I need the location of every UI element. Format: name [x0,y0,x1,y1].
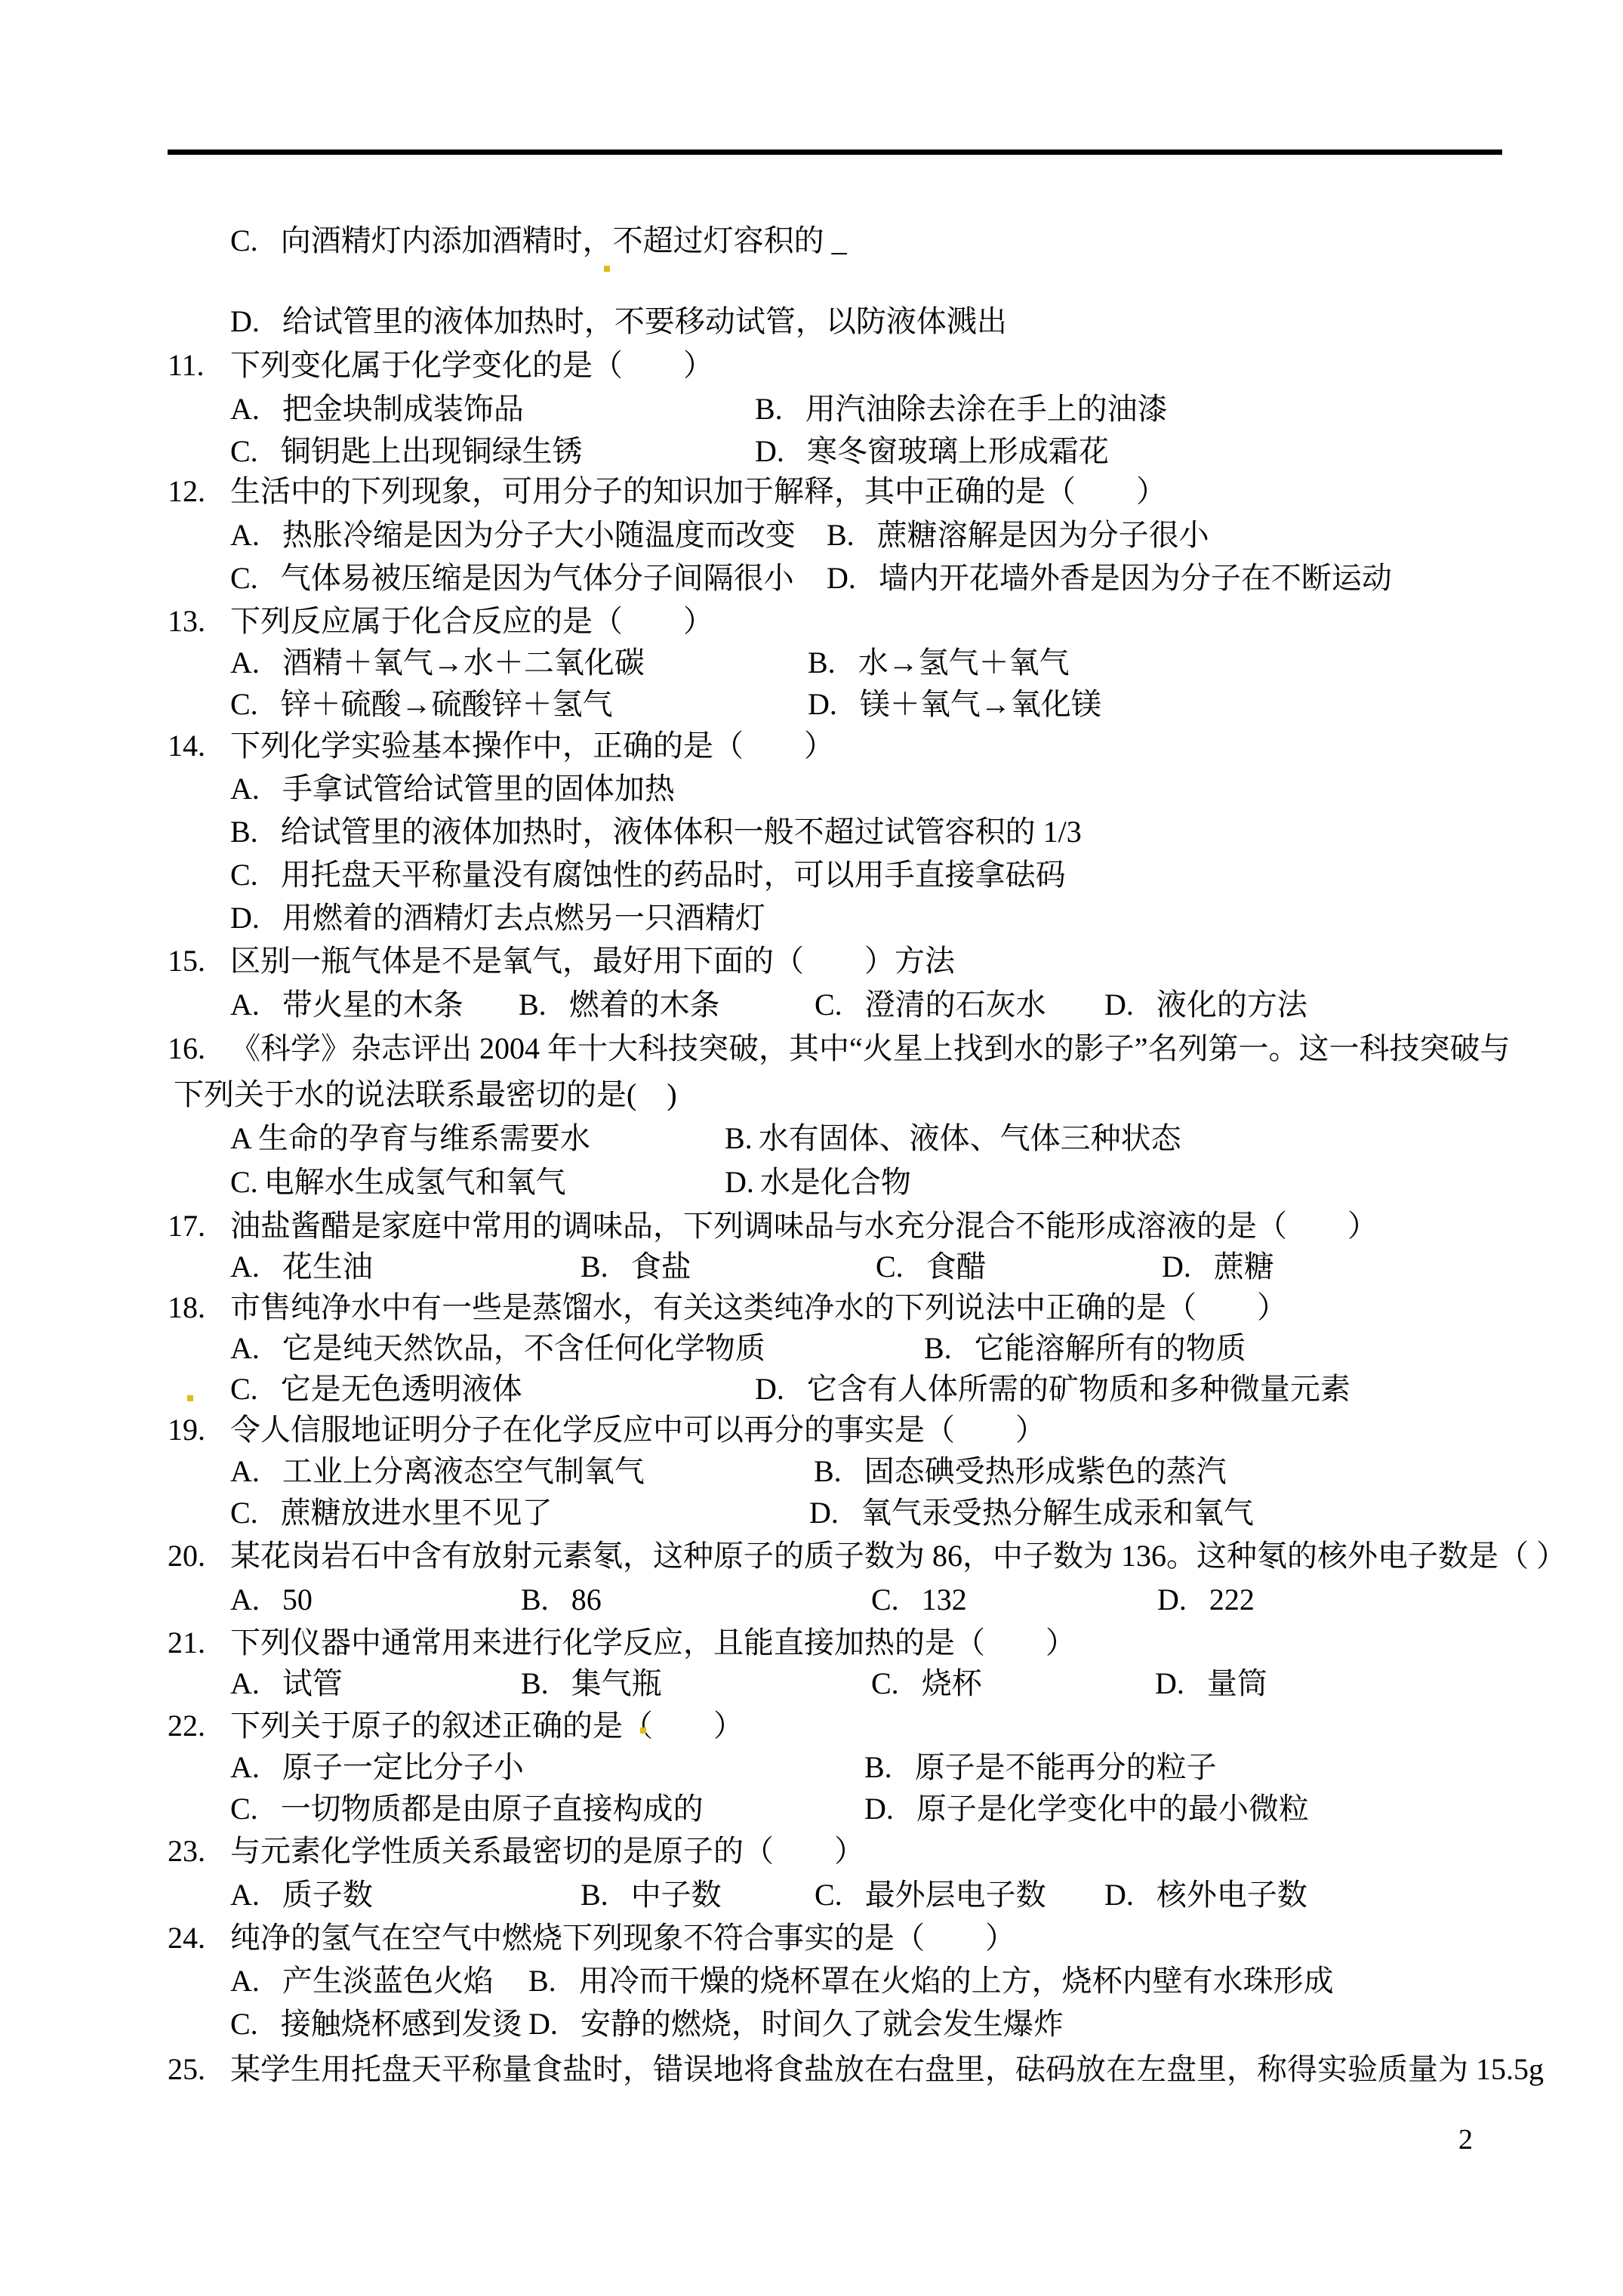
question-number: 12. [168,472,205,511]
option-text: 安静的燃烧，时间久了就会发生爆炸 [581,2007,1064,2041]
option-label: C. [871,1583,899,1616]
option: A.把金块制成装饰品 [230,390,524,429]
option-text: 把金块制成装饰品 [282,392,524,426]
question-stem: 下列反应属于化合反应的是（ ） [230,602,713,641]
option-label: A. [230,1250,260,1284]
option-label: C. [230,223,258,257]
option-text: 它含有人体所需的矿物质和多种微量元素 [807,1372,1350,1406]
q14-stem-line: 14. 下列化学实验基本操作中，正确的是（ ） [0,726,1623,766]
question-number: 24. [168,1918,205,1958]
option-label: A. [230,1331,260,1365]
option-text: 它是纯天然饮品，不含任何化学物质 [282,1331,765,1365]
option-text: 锌＋硫酸→硫酸锌＋氢气 [281,687,613,721]
option-label: B. [581,1250,608,1284]
option-label: A. [230,1750,260,1784]
option: B.水→氢气＋氧气 [808,643,1070,683]
question-number: 23. [168,1832,205,1871]
q18-stem-line: 18. 市售纯净水中有一些是蒸馏水，有关这类纯净水的下列说法中正确的是（ ） [0,1288,1623,1327]
option: D.用燃着的酒精灯去点燃另一只酒精灯 [230,898,765,938]
option-text: 蔗糖放进水里不见了 [281,1496,553,1530]
exam-paper-page: C.向酒精灯内添加酒精时，不超过灯容积的 _ D.给试管里的液体加热时，不要移动… [0,0,1623,2296]
option: B.集气瓶 [521,1664,662,1703]
q24-options-ab-line: A.产生淡蓝色火焰 B.用冷而干燥的烧杯罩在火焰的上方，烧杯内壁有水珠形成 [0,1962,1623,2001]
option-text: 中子数 [631,1878,722,1912]
option: C.它是无色透明液体 [230,1370,522,1409]
q15-options-line: A.带火星的木条 B.燃着的木条 C.澄清的石灰水 D.液化的方法 [0,985,1623,1025]
option: A.酒精＋氧气→水＋二氧化碳 [230,643,645,683]
option-label: B. [755,392,783,426]
option-text: 蔗糖溶解是因为分子很小 [877,518,1209,552]
option: C.蔗糖放进水里不见了 [230,1493,553,1533]
q13-options-ab-line: A.酒精＋氧气→水＋二氧化碳 B.水→氢气＋氧气 [0,643,1623,683]
option: D.222 [1157,1580,1255,1620]
q14-option-d-line: D.用燃着的酒精灯去点燃另一只酒精灯 [0,898,1623,938]
q12-stem-line: 12. 生活中的下列现象，可用分子的知识加于解释，其中正确的是（ ） [0,472,1623,511]
option: A.工业上分离液态空气制氧气 [230,1452,645,1491]
option-label: C. [230,561,258,595]
question-number: 15. [168,942,205,981]
q19-stem-line: 19. 令人信服地证明分子在化学反应中可以再分的事实是（ ） [0,1410,1623,1450]
option-label: D. [230,901,260,935]
option-text: 镁＋氧气→氧化镁 [860,687,1101,721]
option: A.原子一定比分子小 [230,1748,524,1787]
option: C.接触烧杯感到发烫 [230,2005,522,2044]
option-text: 最外层电子数 [865,1878,1046,1912]
option-text: 用汽油除去涂在手上的油漆 [805,392,1168,426]
option-text: 86 [571,1583,602,1616]
question-number: 21. [168,1623,205,1663]
option-label: B. [521,1583,549,1616]
option-text: 给试管里的液体加热时，不要移动试管，以防液体溅出 [282,304,1007,338]
option: D.寒冬窗玻璃上形成霜花 [755,432,1109,471]
option: C.电解水生成氢气和氧气 [230,1163,566,1202]
option: B.86 [521,1580,602,1620]
option-text: 质子数 [282,1878,373,1912]
q11-options-ab-line: A.把金块制成装饰品 B.用汽油除去涂在手上的油漆 [0,390,1623,429]
option-label: A. [230,646,260,680]
option-label: C. [876,1250,904,1284]
q22-options-cd-line: C.一切物质都是由原子直接构成的 D.原子是化学变化中的最小微粒 [0,1789,1623,1829]
option: D.安静的燃烧，时间久了就会发生爆炸 [528,2005,1064,2044]
option: B.原子是不能再分的粒子 [864,1748,1217,1787]
option-text: 燃着的木条 [569,988,720,1022]
question-stem: 下列关于原子的叙述正确的是（ ） [230,1706,744,1746]
option-text: 用燃着的酒精灯去点燃另一只酒精灯 [282,901,765,935]
header-divider [168,149,1502,155]
option-label: B. [864,1750,892,1784]
option-text: 水→氢气＋氧气 [858,646,1070,680]
option-label: D. [528,2007,558,2041]
q25-stem-line: 25. 某学生用托盘天平称量食盐时，错误地将食盐放在右盘里，砝码放在左盘里，称得… [0,2050,1623,2089]
q15-stem-line: 15. 区别一瓶气体是不是氧气，最好用下面的（ ）方法 [0,942,1623,981]
option-text: 花生油 [282,1250,373,1284]
option-label: B. [528,1964,556,1998]
option-text: 烧杯 [922,1666,982,1700]
option-label: A. [230,988,260,1022]
option: D.镁＋氧气→氧化镁 [808,685,1101,724]
option-text: 原子一定比分子小 [282,1750,524,1784]
q16-stem-line-2: 下列关于水的说法联系最密切的是( ) [0,1075,1623,1114]
option: C.澄清的石灰水 [815,985,1046,1025]
option-text: 试管 [282,1666,343,1700]
question-stem: 市售纯净水中有一些是蒸馏水，有关这类纯净水的下列说法中正确的是（ ） [230,1288,1287,1327]
question-number: 16. [168,1029,205,1068]
option-label: A. [230,1666,260,1700]
option-label: C. [230,858,258,892]
option-label: D. [755,434,784,468]
option-label: A [230,1121,252,1155]
option-text: 132 [922,1583,967,1616]
q24-options-cd-line: C.接触烧杯感到发烫 D.安静的燃烧，时间久了就会发生爆炸 [0,2005,1623,2044]
question-number: 13. [168,602,205,641]
option-label: D. [755,1372,784,1406]
option: D.量筒 [1155,1664,1267,1703]
question-stem: 某学生用托盘天平称量食盐时，错误地将食盐放在右盘里，砝码放在左盘里，称得实验质量… [230,2050,1544,2089]
option-text: 食醋 [926,1250,987,1284]
option-label: B. [581,1878,608,1912]
option-label: C. [815,1878,842,1912]
q12-options-cd-line: C.气体易被压缩是因为气体分子间隔很小 D.墙内开花墙外香是因为分子在不断运动 [0,559,1623,598]
option-label: A. [230,518,260,552]
option-label: C. [230,2007,258,2041]
question-number: 14. [168,726,205,766]
q16-options-cd-line: C.电解水生成氢气和氧气 D.水是化合物 [0,1163,1623,1202]
option-text: 手拿试管给试管里的固体加热 [282,772,675,806]
q13-options-cd-line: C.锌＋硫酸→硫酸锌＋氢气 D.镁＋氧气→氧化镁 [0,685,1623,724]
option: A.带火星的木条 [230,985,463,1025]
option: D.水是化合物 [725,1163,911,1202]
option-label: B. [521,1666,549,1700]
option: A.它是纯天然饮品，不含任何化学物质 [230,1329,765,1368]
q21-options-line: A.试管 B.集气瓶 C.烧杯 D.量筒 [0,1664,1623,1703]
q10-option-d-line: D.给试管里的液体加热时，不要移动试管，以防液体溅出 [0,302,1623,341]
option-label: A. [230,1964,260,1998]
question-stem: 油盐酱醋是家庭中常用的调味品，下列调味品与水充分混合不能形成溶液的是（ ） [230,1207,1378,1246]
q16-options-ab-line: A生命的孕育与维系需要水 B.水有固体、液体、气体三种状态 [0,1119,1623,1158]
option-label: C. [230,1496,258,1530]
option-label: B. [230,815,258,849]
option-text: 气体易被压缩是因为气体分子间隔很小 [281,561,794,595]
option: A.50 [230,1580,313,1620]
question-stem-continued: 下列关于水的说法联系最密切的是( ) [174,1075,677,1114]
option-label: A. [230,392,260,426]
option: D.原子是化学变化中的最小微粒 [864,1789,1309,1829]
option-text: 铜钥匙上出现铜绿生锈 [281,434,583,468]
option-label: D. [1104,1878,1134,1912]
option: A.产生淡蓝色火焰 [230,1962,494,2001]
option: B.给试管里的液体加热时，液体体积一般不超过试管容积的 1/3 [230,812,1082,852]
question-stem: 《科学》杂志评出 2004 年十大科技突破，其中“火星上找到水的影子”名列第一。… [230,1029,1511,1068]
option: D.蔗糖 [1162,1247,1274,1287]
q13-stem-line: 13. 下列反应属于化合反应的是（ ） [0,602,1623,641]
option-text: 固态碘受热形成紫色的蒸汽 [864,1454,1227,1488]
option-label: C. [230,687,258,721]
q22-options-ab-line: A.原子一定比分子小 B.原子是不能再分的粒子 [0,1748,1623,1787]
q10-option-c-line: C.向酒精灯内添加酒精时，不超过灯容积的 _ [0,221,1623,260]
option-label: A. [230,1583,260,1616]
option: D.氧气汞受热分解生成汞和氧气 [809,1493,1254,1533]
option-text: 液化的方法 [1156,988,1307,1022]
option: A.质子数 [230,1875,373,1915]
option-text: 产生淡蓝色火焰 [282,1964,494,1998]
option: C.烧杯 [871,1664,982,1703]
question-stem: 下列化学实验基本操作中，正确的是（ ） [230,726,834,766]
q14-option-c-line: C.用托盘天平称量没有腐蚀性的药品时，可以用手直接拿砝码 [0,855,1623,895]
option-text: 工业上分离液态空气制氧气 [282,1454,645,1488]
option: C.锌＋硫酸→硫酸锌＋氢气 [230,685,613,724]
q14-option-b-line: B.给试管里的液体加热时，液体体积一般不超过试管容积的 1/3 [0,812,1623,852]
option: B.用汽油除去涂在手上的油漆 [755,390,1168,429]
option: B.蔗糖溶解是因为分子很小 [827,516,1209,555]
option-text: 接触烧杯感到发烫 [281,2007,522,2041]
page-number: 2 [1458,2123,1473,2156]
option: D.给试管里的液体加热时，不要移动试管，以防液体溅出 [230,302,1007,341]
option-text: 原子是不能再分的粒子 [915,1750,1217,1784]
option: B.用冷而干燥的烧杯罩在火焰的上方，烧杯内壁有水珠形成 [528,1962,1334,2001]
option-text: 澄清的石灰水 [865,988,1046,1022]
option-label: C. [230,434,258,468]
option: C.铜钥匙上出现铜绿生锈 [230,432,583,471]
option: A.手拿试管给试管里的固体加热 [230,769,675,809]
question-number: 22. [168,1706,205,1746]
option: A生命的孕育与维系需要水 [230,1119,590,1158]
q19-options-ab-line: A.工业上分离液态空气制氧气 B.固态碘受热形成紫色的蒸汽 [0,1452,1623,1491]
option-label: D. [827,561,856,595]
option-text: 用冷而干燥的烧杯罩在火焰的上方，烧杯内壁有水珠形成 [579,1964,1334,1998]
option: C.气体易被压缩是因为气体分子间隔很小 [230,559,794,598]
option-label: C. [871,1666,899,1700]
option-label: B. [814,1454,842,1488]
option-label: C. [815,988,842,1022]
option-label: B. [725,1121,753,1155]
question-number: 18. [168,1288,205,1327]
option: D.它含有人体所需的矿物质和多种微量元素 [755,1370,1350,1409]
option-text: 水有固体、液体、气体三种状态 [759,1121,1181,1155]
question-stem: 区别一瓶气体是不是氧气，最好用下面的（ ）方法 [230,942,955,981]
option-label: D. [1104,988,1134,1022]
option: B.它能溶解所有的物质 [924,1329,1246,1368]
q21-stem-line: 21. 下列仪器中通常用来进行化学反应，且能直接加热的是（ ） [0,1623,1623,1663]
option-label: A. [230,1454,260,1488]
option-label: C. [230,1165,258,1199]
q23-stem-line: 23. 与元素化学性质关系最密切的是原子的（ ） [0,1832,1623,1871]
option-text: 它能溶解所有的物质 [975,1331,1246,1365]
option-text: 集气瓶 [571,1666,662,1700]
q17-stem-line: 17. 油盐酱醋是家庭中常用的调味品，下列调味品与水充分混合不能形成溶液的是（ … [0,1207,1623,1246]
question-stem: 某花岗岩石中含有放射元素氡，这种原子的质子数为 86，中子数为 136。这种氡的… [230,1536,1566,1576]
q16-stem-line: 16. 《科学》杂志评出 2004 年十大科技突破，其中“火星上找到水的影子”名… [0,1029,1623,1068]
option-label: D. [725,1165,754,1199]
option-label: B. [808,646,836,680]
q19-options-cd-line: C.蔗糖放进水里不见了 D.氧气汞受热分解生成汞和氧气 [0,1493,1623,1533]
option-label: D. [864,1792,894,1826]
question-stem: 与元素化学性质关系最密切的是原子的（ ） [230,1832,864,1871]
option-text: 用托盘天平称量没有腐蚀性的药品时，可以用手直接拿砝码 [281,858,1066,892]
option-text: 氧气汞受热分解生成汞和氧气 [861,1496,1254,1530]
option-label: C. [230,1372,258,1406]
option-text: 给试管里的液体加热时，液体体积一般不超过试管容积的 1/3 [281,815,1082,849]
question-number: 19. [168,1410,205,1450]
option-label: B. [827,518,855,552]
option-text: 墙内开花墙外香是因为分子在不断运动 [879,561,1392,595]
option: B.中子数 [581,1875,722,1915]
question-number: 11. [168,346,205,385]
option: C.食醋 [876,1247,987,1287]
artifact-dot [604,266,610,272]
option: B.水有固体、液体、气体三种状态 [725,1119,1181,1158]
option-text: 蔗糖 [1214,1250,1274,1284]
option-label: C. [230,1792,258,1826]
question-number: 20. [168,1536,205,1576]
q24-stem-line: 24. 纯净的氢气在空气中燃烧下列现象不符合事实的是（ ） [0,1918,1623,1958]
q18-options-ab-line: A.它是纯天然饮品，不含任何化学物质 B.它能溶解所有的物质 [0,1329,1623,1368]
option-text: 寒冬窗玻璃上形成霜花 [807,434,1109,468]
question-stem: 下列仪器中通常用来进行化学反应，且能直接加热的是（ ） [230,1623,1076,1663]
question-number: 25. [168,2050,205,2089]
q14-option-a-line: A.手拿试管给试管里的固体加热 [0,769,1623,809]
option-text: 生命的孕育与维系需要水 [258,1121,590,1155]
option-label: A. [230,1878,260,1912]
option-label: D. [1157,1583,1187,1616]
option-label: D. [808,687,837,721]
option: C.最外层电子数 [815,1875,1046,1915]
option-text: 向酒精灯内添加酒精时，不超过灯容积的 _ [281,223,847,257]
option: C.132 [871,1580,967,1620]
option: C.向酒精灯内添加酒精时，不超过灯容积的 _ [230,221,847,260]
option-label: D. [1155,1666,1184,1700]
option-text: 量筒 [1207,1666,1267,1700]
question-number: 17. [168,1207,205,1246]
q18-options-cd-line: C.它是无色透明液体 D.它含有人体所需的矿物质和多种微量元素 [0,1370,1623,1409]
option-text: 电解水生成氢气和氧气 [264,1165,566,1199]
option-label: D. [1162,1250,1191,1284]
question-stem: 令人信服地证明分子在化学反应中可以再分的事实是（ ） [230,1410,1046,1450]
option: B.固态碘受热形成紫色的蒸汽 [814,1452,1227,1491]
option-label: A. [230,772,260,806]
option: C.用托盘天平称量没有腐蚀性的药品时，可以用手直接拿砝码 [230,855,1066,895]
question-stem: 下列变化属于化学变化的是（ ） [230,346,713,385]
option-text: 核外电子数 [1156,1878,1307,1912]
q20-stem-line: 20. 某花岗岩石中含有放射元素氡，这种原子的质子数为 86，中子数为 136。… [0,1536,1623,1576]
q11-stem-line: 11. 下列变化属于化学变化的是（ ） [0,346,1623,385]
option-text: 水是化合物 [760,1165,911,1199]
option: D.墙内开花墙外香是因为分子在不断运动 [827,559,1392,598]
option: D.核外电子数 [1104,1875,1307,1915]
option-text: 一切物质都是由原子直接构成的 [281,1792,704,1826]
option: B.燃着的木条 [519,985,720,1025]
option-text: 带火星的木条 [282,988,463,1022]
option-text: 原子是化学变化中的最小微粒 [916,1792,1309,1826]
q17-options-line: A.花生油 B.食盐 C.食醋 D.蔗糖 [0,1247,1623,1287]
question-stem: 纯净的氢气在空气中燃烧下列现象不符合事实的是（ ） [230,1918,1015,1958]
artifact-dot [640,1727,646,1734]
option-text: 食盐 [631,1250,691,1284]
option-text: 222 [1209,1583,1255,1616]
option: A.试管 [230,1664,343,1703]
option: A.花生油 [230,1247,373,1287]
option: C.一切物质都是由原子直接构成的 [230,1789,704,1829]
option: A.热胀冷缩是因为分子大小随温度而改变 [230,516,796,555]
q20-options-line: A.50 B.86 C.132 D.222 [0,1580,1623,1620]
option-label: B. [924,1331,952,1365]
q22-stem-line: 22. 下列关于原子的叙述正确的是（ ） [0,1706,1623,1746]
q12-options-ab-line: A.热胀冷缩是因为分子大小随温度而改变 B.蔗糖溶解是因为分子很小 [0,516,1623,555]
option: B.食盐 [581,1247,691,1287]
option-text: 热胀冷缩是因为分子大小随温度而改变 [282,518,796,552]
option-text: 它是无色透明液体 [281,1372,522,1406]
option-label: D. [230,304,260,338]
option-text: 酒精＋氧气→水＋二氧化碳 [282,646,645,680]
q23-options-line: A.质子数 B.中子数 C.最外层电子数 D.核外电子数 [0,1875,1623,1915]
q11-options-cd-line: C.铜钥匙上出现铜绿生锈 D.寒冬窗玻璃上形成霜花 [0,432,1623,471]
option-text: 50 [282,1583,313,1616]
option-label: B. [519,988,547,1022]
option: D.液化的方法 [1104,985,1307,1025]
question-stem: 生活中的下列现象，可用分子的知识加于解释，其中正确的是（ ） [230,472,1166,511]
option-label: D. [809,1496,839,1530]
